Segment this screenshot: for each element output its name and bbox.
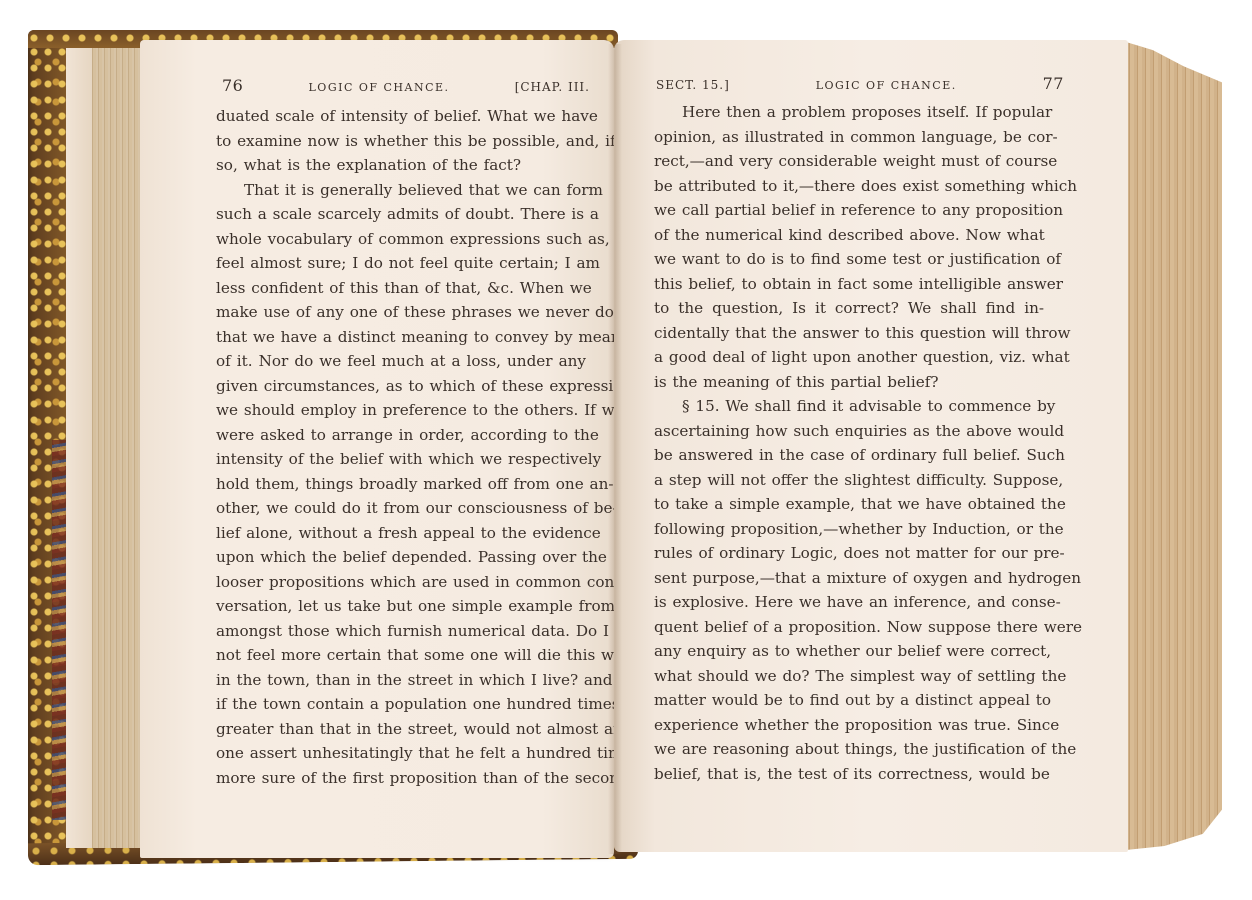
left-page: 76 LOGIC OF CHANCE. [CHAP. III. duated s… xyxy=(140,40,614,858)
running-title: LOGIC OF CHANCE. xyxy=(816,79,957,92)
text-line: lief alone, without a fresh appeal to th… xyxy=(216,521,586,546)
text-line: quent belief of a proposition. Now suppo… xyxy=(654,615,1044,640)
text-line: a good deal of light upon another questi… xyxy=(654,345,1044,370)
text-line: is explosive. Here we have an inference,… xyxy=(654,590,1044,615)
text-line: looser propositions which are used in co… xyxy=(216,570,586,595)
text-line: in the town, than in the street in which… xyxy=(216,668,586,693)
text-line: belief, that is, the test of its correct… xyxy=(654,762,1044,787)
text-line: sent purpose,—that a mixture of oxygen a… xyxy=(654,566,1044,591)
text-line: not feel more certain that some one will… xyxy=(216,643,586,668)
text-line: That it is generally believed that we ca… xyxy=(216,178,586,203)
text-line: ascertaining how such enquiries as the a… xyxy=(654,419,1044,444)
text-line: following proposition,—whether by Induct… xyxy=(654,517,1044,542)
text-line: if the town contain a population one hun… xyxy=(216,692,586,717)
text-line: of it. Nor do we feel much at a loss, un… xyxy=(216,349,586,374)
text-line: to the question, Is it correct? We shall… xyxy=(654,296,1044,321)
right-page: SECT. 15.] LOGIC OF CHANCE. 77 Here then… xyxy=(614,40,1128,852)
text-line: make use of any one of these phrases we … xyxy=(216,300,586,325)
text-line: opinion, as illustrated in common langua… xyxy=(654,125,1044,150)
chapter-ref: [CHAP. III. xyxy=(515,80,590,94)
left-running-head: 76 LOGIC OF CHANCE. [CHAP. III. xyxy=(222,76,590,95)
text-line: cidentally that the answer to this quest… xyxy=(654,321,1044,346)
text-line: greater than that in the street, would n… xyxy=(216,717,586,742)
text-line: matter would be to find out by a distinc… xyxy=(654,688,1044,713)
text-line: of the numerical kind described above. N… xyxy=(654,223,1044,248)
text-line: feel almost sure; I do not feel quite ce… xyxy=(216,251,586,276)
text-line: experience whether the proposition was t… xyxy=(654,713,1044,738)
text-line: be answered in the case of ordinary full… xyxy=(654,443,1044,468)
text-line: hold them, things broadly marked off fro… xyxy=(216,472,586,497)
text-line: duated scale of intensity of belief. Wha… xyxy=(216,104,586,129)
text-line: rect,—and very considerable weight must … xyxy=(654,149,1044,174)
text-line: intensity of the belief with which we re… xyxy=(216,447,586,472)
text-line: more sure of the first proposition than … xyxy=(216,766,586,791)
text-line: we should employ in preference to the ot… xyxy=(216,398,586,423)
text-line: rules of ordinary Logic, does not matter… xyxy=(654,541,1044,566)
left-page-text: duated scale of intensity of belief. Wha… xyxy=(216,104,586,790)
text-line: to take a simple example, that we have o… xyxy=(654,492,1044,517)
text-line: upon which the belief depended. Passing … xyxy=(216,545,586,570)
text-line: given circumstances, as to which of thes… xyxy=(216,374,586,399)
page-number: 76 xyxy=(222,76,243,95)
text-line: so, what is the explanation of the fact? xyxy=(216,153,586,178)
text-line: we call partial belief in reference to a… xyxy=(654,198,1044,223)
text-line: to examine now is whether this be possib… xyxy=(216,129,586,154)
text-line: any enquiry as to whether our belief wer… xyxy=(654,639,1044,664)
section-ref: SECT. 15.] xyxy=(656,78,730,92)
text-line: Here then a problem proposes itself. If … xyxy=(654,100,1044,125)
text-line: this belief, to obtain in fact some inte… xyxy=(654,272,1044,297)
text-line: were asked to arrange in order, accordin… xyxy=(216,423,586,448)
text-line: we are reasoning about things, the justi… xyxy=(654,737,1044,762)
text-line: one assert unhesitatingly that he felt a… xyxy=(216,741,586,766)
right-page-stack xyxy=(1126,42,1222,850)
text-line: other, we could do it from our conscious… xyxy=(216,496,586,521)
book-gutter xyxy=(608,44,622,854)
text-line: what should we do? The simplest way of s… xyxy=(654,664,1044,689)
text-line: such a scale scarcely admits of doubt. T… xyxy=(216,202,586,227)
text-line: a step will not offer the slightest diff… xyxy=(654,468,1044,493)
text-line: be attributed to it,—there does exist so… xyxy=(654,174,1044,199)
right-running-head: SECT. 15.] LOGIC OF CHANCE. 77 xyxy=(656,74,1064,93)
text-line: less confident of this than of that, &c.… xyxy=(216,276,586,301)
right-page-text: Here then a problem proposes itself. If … xyxy=(654,100,1044,786)
running-title: LOGIC OF CHANCE. xyxy=(309,81,450,94)
page-number: 77 xyxy=(1043,74,1064,93)
text-line: amongst those which furnish numerical da… xyxy=(216,619,586,644)
open-book: 76 LOGIC OF CHANCE. [CHAP. III. duated s… xyxy=(0,0,1252,900)
text-line: we want to do is to find some test or ju… xyxy=(654,247,1044,272)
text-line: is the meaning of this partial belief? xyxy=(654,370,1044,395)
text-line: versation, let us take but one simple ex… xyxy=(216,594,586,619)
left-page-stack xyxy=(66,48,142,848)
marbled-endpaper xyxy=(52,440,66,820)
text-line: that we have a distinct meaning to conve… xyxy=(216,325,586,350)
section-heading-line: § 15. We shall find it advisable to comm… xyxy=(654,394,1044,419)
text-line: whole vocabulary of common expressions s… xyxy=(216,227,586,252)
